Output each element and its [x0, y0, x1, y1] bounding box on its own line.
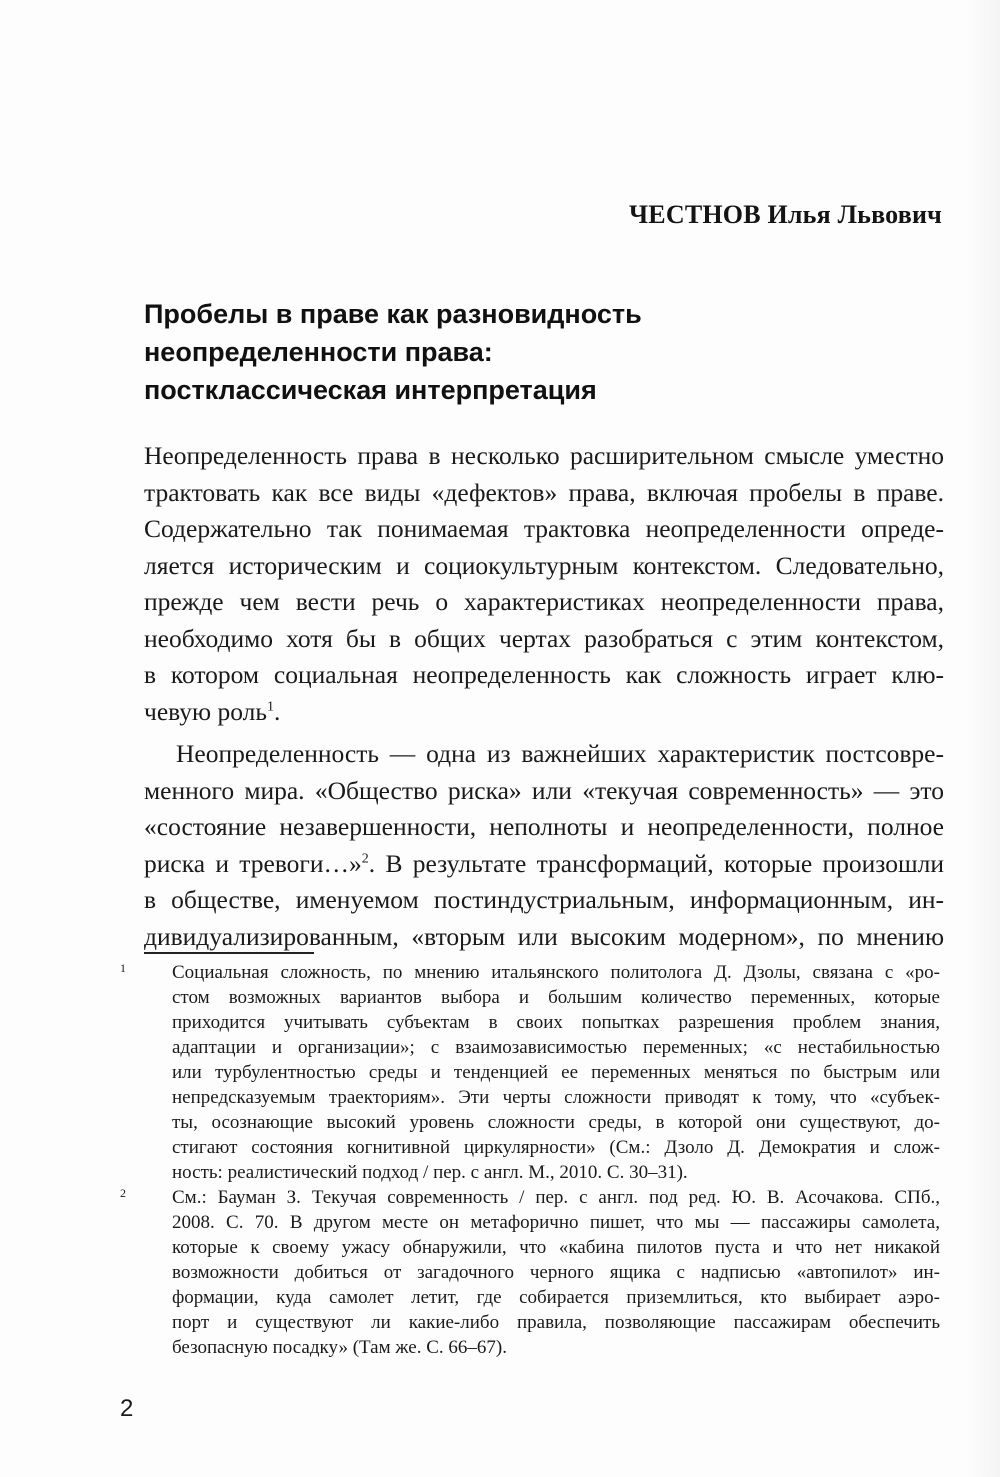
text-fragment: . — [274, 697, 280, 726]
text-line: в обществе, именуемом постиндустриальным… — [144, 882, 944, 919]
footnote-number: 1 — [120, 956, 126, 981]
text-fragment: чевую роль — [144, 697, 267, 726]
footnote-line: порт и существуют ли какие-либо правила,… — [172, 1310, 940, 1335]
footnote-line: 2008. С. 70. В другом месте он метафорич… — [172, 1210, 940, 1235]
footnote-line: См.: Бауман З. Текучая современность / п… — [172, 1185, 940, 1210]
footnote-line: стигают состояния когнитивной циркулярно… — [172, 1135, 940, 1160]
page-number: 2 — [120, 1395, 133, 1423]
footnote-line: ность: реалистический подход / пер. с ан… — [172, 1160, 940, 1185]
footnote-line: стом возможных вариантов выбора и больши… — [172, 985, 940, 1010]
text-fragment: . В результате трансформаций, которые пр… — [369, 849, 944, 878]
paragraph-2: Неопределенность — одна из важнейших хар… — [144, 736, 944, 955]
paragraph-1: Неопределенность права в несколько расши… — [144, 438, 944, 730]
footnote-line: приходится учитывать субъектам в своих п… — [172, 1010, 940, 1035]
text-line: чевую роль1. — [144, 694, 944, 731]
footnote-line: адаптации и организации»; с взаимозависи… — [172, 1035, 940, 1060]
footnote-ref-1[interactable]: 1 — [267, 699, 274, 714]
footnote-line: возможности добиться от загадочного черн… — [172, 1260, 940, 1285]
footnote-separator — [144, 952, 314, 954]
text-line: Содержательно так понимаемая трактовка н… — [144, 511, 944, 548]
text-line: трактовать как все виды «дефектов» права… — [144, 475, 944, 512]
text-line: «состояние незавершенности, неполноты и … — [144, 809, 944, 846]
text-line: Неопределенность — одна из важнейших хар… — [144, 736, 944, 773]
footnote-2: 2 См.: Бауман З. Текучая современность /… — [120, 1185, 940, 1360]
body-text: Неопределенность права в несколько расши… — [144, 438, 944, 955]
text-fragment: риска и тревоги…» — [144, 849, 362, 878]
footnote-number: 2 — [120, 1181, 126, 1206]
footnote-line: которые к своему ужасу обнаружили, что «… — [172, 1235, 940, 1260]
title-line: неопределенности права: — [144, 333, 864, 371]
footnote-line: или турбулентностью среды и тенденцией е… — [172, 1060, 940, 1085]
footnote-1: 1 Социальная сложность, по мнению италья… — [120, 960, 940, 1185]
footnote-line: ты, осознающие высокий уровень сложности… — [172, 1110, 940, 1135]
footnote-line: Социальная сложность, по мнению итальянс… — [172, 960, 940, 985]
text-line: необходимо хотя бы в общих чертах разобр… — [144, 621, 944, 658]
text-line: менного мира. «Общество риска» или «теку… — [144, 773, 944, 810]
text-line: в котором социальная неопределенность ка… — [144, 657, 944, 694]
footnote-ref-2[interactable]: 2 — [362, 851, 369, 866]
text-line: дивидуализированным, «вторым или высоким… — [144, 919, 944, 956]
title-line: постклассическая интерпретация — [144, 371, 864, 409]
footnote-line: формации, куда самолет летит, где собира… — [172, 1285, 940, 1310]
text-line: риска и тревоги…»2. В результате трансфо… — [144, 846, 944, 883]
page-edge-shadow — [968, 0, 1000, 1477]
chapter-title: Пробелы в праве как разновидность неопре… — [144, 295, 864, 409]
book-page: ЧЕСТНОВ Илья Львович Пробелы в праве как… — [0, 0, 1000, 1477]
text-line: прежде чем вести речь о характеристиках … — [144, 584, 944, 621]
title-line: Пробелы в праве как разновидность — [144, 295, 864, 333]
footnotes: 1 Социальная сложность, по мнению италья… — [120, 960, 940, 1360]
text-line: ляется историческим и социокультурным ко… — [144, 548, 944, 585]
footnote-line: безопасную посадку» (Там же. С. 66–67). — [172, 1335, 940, 1360]
footnote-line: непредсказуемым траекториям». Эти черты … — [172, 1085, 940, 1110]
author-name: ЧЕСТНОВ Илья Львович — [629, 200, 942, 230]
text-line: Неопределенность права в несколько расши… — [144, 438, 944, 475]
